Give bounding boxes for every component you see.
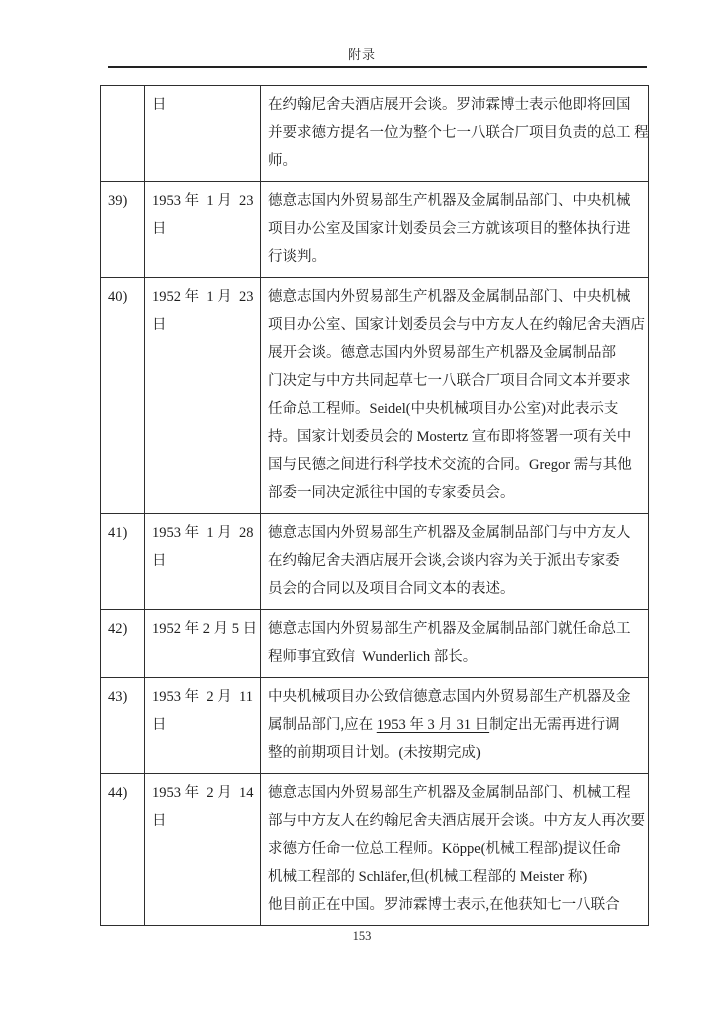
row-number-cell: 39) — [101, 182, 145, 278]
date-line: 1953 年 1 月 28 — [152, 519, 256, 547]
content-line: 整的前期项目计划。(未按期完成) — [268, 739, 658, 767]
content-line: 程师事宜致信 Wunderlich 部长。 — [268, 643, 658, 671]
content-cell: 德意志国内外贸易部生产机器及金属制品部门、中央机械项目办公室、国家计划委员会与中… — [261, 278, 649, 514]
content-line: 德意志国内外贸易部生产机器及金属制品部门与中方友人 — [268, 519, 658, 547]
content-cell: 德意志国内外贸易部生产机器及金属制品部门、机械工程部与中方友人在约翰尼舍夫酒店展… — [261, 774, 649, 926]
date-line: 1953 年 2 月 11 — [152, 683, 256, 711]
content-line: 机械工程部的 Schläfer,但(机械工程部的 Meister 称) — [268, 863, 658, 891]
date-line: 1953 年 1 月 23 — [152, 187, 256, 215]
date-line: 日 — [152, 215, 256, 243]
content-line: 任命总工程师。Seidel(中央机械项目办公室)对此表示支 — [268, 395, 658, 423]
date-cell: 1953 年 2 月 14日 — [145, 774, 261, 926]
content-line: 求德方任命一位总工程师。Köppe(机械工程部)提议任命 — [268, 835, 658, 863]
appendix-table-body: 日在约翰尼舍夫酒店展开会谈。罗沛霖博士表示他即将回国并要求德方提名一位为整个七一… — [101, 86, 649, 926]
page-header: 附录 — [0, 44, 724, 63]
content-line: 项目办公室、国家计划委员会与中方友人在约翰尼舍夫酒店 — [268, 311, 658, 339]
date-cell: 1953 年 1 月 28日 — [145, 514, 261, 610]
row-number-cell: 44) — [101, 774, 145, 926]
content-line: 并要求德方提名一位为整个七一八联合厂项目负责的总工 程 — [268, 119, 658, 147]
content-line: 门决定与中方共同起草七一八联合厂项目合同文本并要求 — [268, 367, 658, 395]
table-row: 42)1952 年 2 月 5 日德意志国内外贸易部生产机器及金属制品部门就任命… — [101, 610, 649, 678]
content-line: 德意志国内外贸易部生产机器及金属制品部门、中央机械 — [268, 283, 658, 311]
date-line: 1953 年 2 月 14 — [152, 779, 256, 807]
date-line: 日 — [152, 547, 256, 575]
content-line: 师。 — [268, 147, 658, 175]
row-number-cell — [101, 86, 145, 182]
content-line: 属制品部门,应在 1953 年 3 月 31 日制定出无需再进行调 — [268, 711, 658, 739]
date-cell: 1952 年 2 月 5 日 — [145, 610, 261, 678]
date-line: 日 — [152, 91, 256, 119]
content-line: 中央机械项目办公致信德意志国内外贸易部生产机器及金 — [268, 683, 658, 711]
content-line: 部委一同决定派往中国的专家委员会。 — [268, 479, 658, 507]
content-line: 在约翰尼舍夫酒店展开会谈。罗沛霖博士表示他即将回国 — [268, 91, 658, 119]
content-line: 展开会谈。德意志国内外贸易部生产机器及金属制品部 — [268, 339, 658, 367]
content-line: 在约翰尼舍夫酒店展开会谈,会谈内容为关于派出专家委 — [268, 547, 658, 575]
date-cell: 1953 年 2 月 11日 — [145, 678, 261, 774]
row-number-cell: 41) — [101, 514, 145, 610]
content-line: 他目前正在中国。罗沛霖博士表示,在他获知七一八联合 — [268, 891, 658, 919]
document-page: 附录 日在约翰尼舍夫酒店展开会谈。罗沛霖博士表示他即将回国并要求德方提名一位为整… — [0, 0, 724, 1023]
date-line: 1952 年 2 月 5 日 — [152, 615, 256, 643]
date-cell: 1952 年 1 月 23日 — [145, 278, 261, 514]
date-line: 日 — [152, 807, 256, 835]
table-row: 日在约翰尼舍夫酒店展开会谈。罗沛霖博士表示他即将回国并要求德方提名一位为整个七一… — [101, 86, 649, 182]
content-cell: 德意志国内外贸易部生产机器及金属制品部门就任命总工程师事宜致信 Wunderli… — [261, 610, 649, 678]
content-cell: 在约翰尼舍夫酒店展开会谈。罗沛霖博士表示他即将回国并要求德方提名一位为整个七一八… — [261, 86, 649, 182]
table-row: 41)1953 年 1 月 28日德意志国内外贸易部生产机器及金属制品部门与中方… — [101, 514, 649, 610]
content-line: 国与民德之间进行科学技术交流的合同。Gregor 需与其他 — [268, 451, 658, 479]
content-line: 德意志国内外贸易部生产机器及金属制品部门就任命总工 — [268, 615, 658, 643]
content-line: 德意志国内外贸易部生产机器及金属制品部门、机械工程 — [268, 779, 658, 807]
date-line: 日 — [152, 311, 256, 339]
date-cell: 日 — [145, 86, 261, 182]
date-cell: 1953 年 1 月 23日 — [145, 182, 261, 278]
header-title: 附录 — [348, 47, 376, 62]
table-row: 43)1953 年 2 月 11日中央机械项目办公致信德意志国内外贸易部生产机器… — [101, 678, 649, 774]
appendix-table: 日在约翰尼舍夫酒店展开会谈。罗沛霖博士表示他即将回国并要求德方提名一位为整个七一… — [100, 85, 649, 926]
appendix-table-container: 日在约翰尼舍夫酒店展开会谈。罗沛霖博士表示他即将回国并要求德方提名一位为整个七一… — [100, 85, 648, 926]
content-line: 持。国家计划委员会的 Mostertz 宣布即将签署一项有关中 — [268, 423, 658, 451]
content-line: 行谈判。 — [268, 243, 658, 271]
date-line: 日 — [152, 711, 256, 739]
content-cell: 德意志国内外贸易部生产机器及金属制品部门与中方友人在约翰尼舍夫酒店展开会谈,会谈… — [261, 514, 649, 610]
table-row: 40)1952 年 1 月 23日德意志国内外贸易部生产机器及金属制品部门、中央… — [101, 278, 649, 514]
table-row: 39)1953 年 1 月 23日德意志国内外贸易部生产机器及金属制品部门、中央… — [101, 182, 649, 278]
row-number-cell: 40) — [101, 278, 145, 514]
header-rule — [108, 66, 647, 68]
row-number-cell: 43) — [101, 678, 145, 774]
table-row: 44)1953 年 2 月 14日德意志国内外贸易部生产机器及金属制品部门、机械… — [101, 774, 649, 926]
content-cell: 德意志国内外贸易部生产机器及金属制品部门、中央机械项目办公室及国家计划委员会三方… — [261, 182, 649, 278]
content-line: 德意志国内外贸易部生产机器及金属制品部门、中央机械 — [268, 187, 658, 215]
page-number: 153 — [353, 929, 372, 943]
page-footer: 153 — [0, 929, 724, 944]
content-line: 项目办公室及国家计划委员会三方就该项目的整体执行进 — [268, 215, 658, 243]
content-line: 部与中方友人在约翰尼舍夫酒店展开会谈。中方友人再次要 — [268, 807, 658, 835]
content-line: 员会的合同以及项目合同文本的表述。 — [268, 575, 658, 603]
content-cell: 中央机械项目办公致信德意志国内外贸易部生产机器及金属制品部门,应在 1953 年… — [261, 678, 649, 774]
row-number-cell: 42) — [101, 610, 145, 678]
underlined-date: 1953 年 3 月 31 日 — [377, 717, 489, 733]
date-line: 1952 年 1 月 23 — [152, 283, 256, 311]
